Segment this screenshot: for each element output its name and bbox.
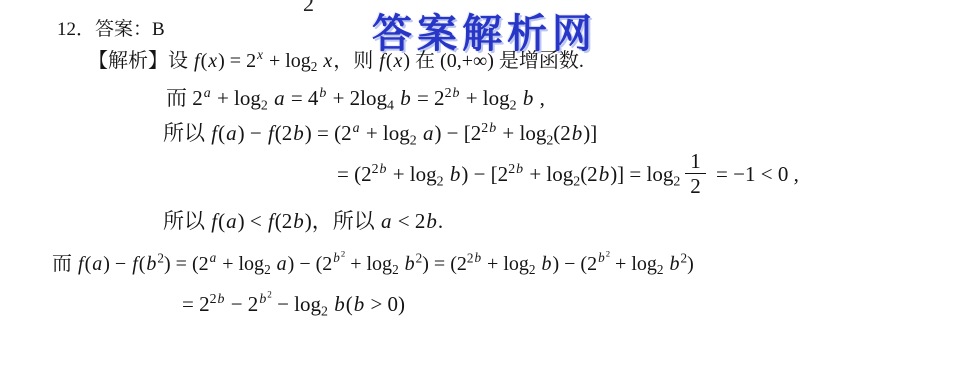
math-line-equation: 而 2a + log2 a = 4b + 2log4 b = 22b + log…: [166, 82, 545, 112]
math-line-second-difference: 而 f(a) − f(b2) = (2a + log2 a) − (2b2 + …: [52, 247, 694, 276]
math-line-setup: 【解析】设 f(x) = 2x + log2 x，则 f(x) 在 (0,+∞)…: [88, 44, 584, 73]
answer-line: 12．答案：B: [57, 14, 165, 41]
solution-page: 2 答案解析网 12．答案：B 【解析】设 f(x) = 2x + log2 x…: [0, 0, 957, 379]
math-line-conclusion: 所以 f(a) < f(2b)，所以 a < 2b.: [163, 205, 443, 235]
math-line-difference: 所以 f(a) − f(2b) = (2a + log2 a) − [22b +…: [163, 117, 597, 147]
math-line-final: = 22b − 2b2 − log2 b(b > 0): [182, 292, 405, 317]
math-line-fraction-result: = (22b + log2 b) − [22b + log2(2b)] = lo…: [337, 150, 799, 202]
cropped-fraction-fragment: 2: [303, 0, 314, 17]
